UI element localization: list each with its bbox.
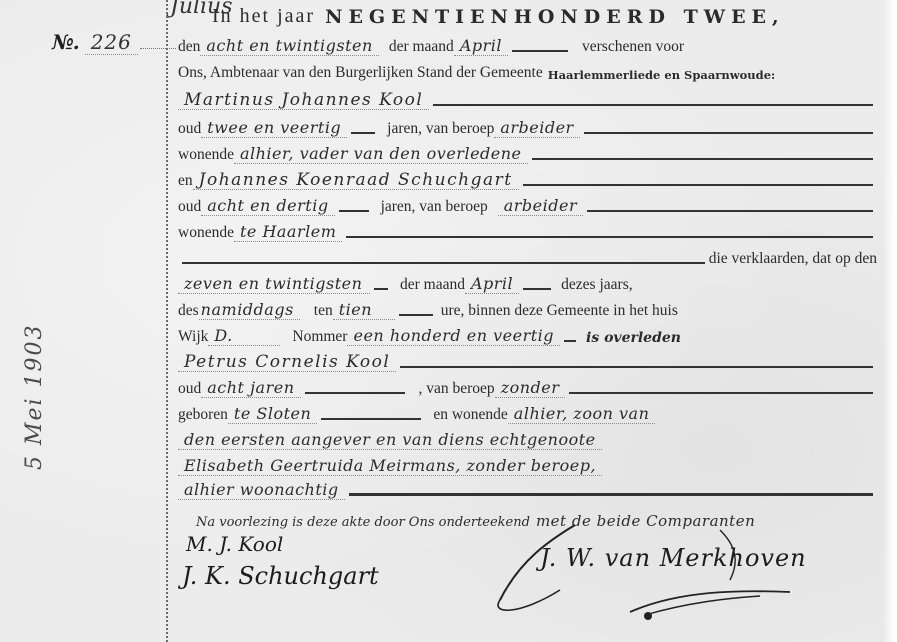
- death-record-page: Julius №.226 5 Mei 1903 In het jaar NEGE…: [0, 0, 897, 642]
- line-declaration: die verklaarden, dat op den: [178, 242, 877, 268]
- printed-text: den: [178, 38, 200, 56]
- printed-text: verschenen voor: [582, 38, 684, 56]
- handwritten-birthplace: te Sloten: [228, 405, 317, 424]
- handwritten-age: twee en veertig: [201, 119, 347, 138]
- line-parents-3: alhier woonachtig: [178, 474, 877, 500]
- handwritten-declarant-2: Johannes Koenraad Schuchgart: [193, 171, 519, 190]
- printed-text: en: [178, 172, 193, 190]
- registrar-flourish: [480, 520, 810, 620]
- line-death-date: zeven en twintigsten der maand April dez…: [178, 268, 877, 294]
- record-number: №.226: [52, 30, 176, 54]
- line-death-time: des namiddags ten tien ure, binnen deze …: [178, 294, 877, 320]
- line-deceased-name: Petrus Cornelis Kool: [178, 346, 877, 372]
- line-declarant-2-name: en Johannes Koenraad Schuchgart: [178, 164, 877, 190]
- margin-annotation: 5 Mei 1903: [22, 323, 47, 470]
- fill-line: [349, 493, 873, 496]
- fill-line: [433, 104, 873, 106]
- handwritten-deceased-residence: alhier, zoon van: [508, 405, 656, 424]
- handwritten-deceased-name: Petrus Cornelis Kool: [178, 353, 396, 372]
- printed-text: en wonende: [433, 406, 507, 424]
- fill-line: [523, 288, 551, 290]
- handwritten-day: acht en twintigsten: [200, 37, 378, 56]
- printed-text: oud: [178, 198, 201, 216]
- handwritten-deceased-occupation: zonder: [495, 379, 566, 398]
- municipality-name: Haarlemmerliede en Spaarnwoude:: [548, 68, 776, 82]
- handwritten-wijk: D.: [208, 327, 280, 346]
- handwritten-daypart: namiddags: [199, 301, 300, 320]
- record-number-dots: [140, 48, 176, 49]
- fill-line: [564, 340, 576, 342]
- printed-text: ure, binnen deze Gemeente in het huis: [441, 302, 678, 320]
- page-edge: [883, 0, 897, 642]
- printed-text-is-overleden: is overleden: [586, 330, 681, 346]
- handwritten-text: den eersten aangever en van diens echtge…: [178, 431, 602, 450]
- printed-text: geboren: [178, 406, 228, 424]
- fill-line: [182, 262, 705, 264]
- fill-line: [512, 50, 568, 52]
- handwritten-residence: te Haarlem: [234, 223, 342, 242]
- line-death-address: Wijk D. Nommer een honderd en veertig is…: [178, 320, 877, 346]
- record-number-label: №.: [52, 30, 79, 54]
- fill-line: [569, 392, 873, 394]
- fill-line: [339, 210, 369, 212]
- handwritten-residence: alhier, vader van den overledene: [234, 145, 528, 164]
- handwritten-hour: tien: [333, 301, 395, 320]
- printed-text: In het jaar: [212, 5, 315, 28]
- printed-text: oud: [178, 120, 201, 138]
- fill-line: [400, 366, 873, 368]
- handwritten-occupation: arbeider: [498, 197, 583, 216]
- fill-line: [532, 158, 873, 160]
- handwritten-occupation: arbeider: [494, 119, 579, 138]
- printed-text: , van beroep: [419, 380, 495, 398]
- printed-text: der maand: [389, 38, 454, 56]
- handwritten-text: alhier woonachtig: [178, 481, 345, 500]
- margin-divider: [166, 0, 168, 642]
- handwritten-age: acht en dertig: [201, 197, 334, 216]
- signature-declarant-2: J. K. Schuchgart: [182, 562, 379, 590]
- printed-text: des: [178, 302, 199, 320]
- handwritten-deceased-age: acht jaren: [201, 379, 300, 398]
- fill-line: [351, 132, 375, 134]
- signature-declarant-1: M. J. Kool: [186, 532, 283, 556]
- printed-text: jaren, van beroep: [387, 120, 494, 138]
- printed-text: jaren, van beroep: [381, 198, 488, 216]
- printed-text: die verklaarden, dat op den: [709, 250, 877, 268]
- fill-line: [399, 314, 433, 316]
- printed-text: wonende: [178, 146, 234, 164]
- handwritten-month: April: [454, 37, 508, 56]
- line-municipality: Ons, Ambtenaar van den Burgerlijken Stan…: [178, 56, 877, 82]
- line-year: In het jaar NEGENTIENHONDERD TWEE,: [212, 2, 877, 28]
- handwritten-house-number: een honderd en veertig: [347, 327, 560, 346]
- line-declarant-1-name: Martinus Johannes Kool: [178, 84, 877, 110]
- fill-line: [523, 184, 873, 186]
- printed-text: Nommer: [292, 328, 347, 346]
- fill-line: [305, 392, 405, 394]
- printed-text: oud: [178, 380, 201, 398]
- fill-line: [584, 132, 873, 134]
- line-date: den acht en twintigsten der maand April …: [178, 30, 877, 56]
- line-deceased-age: oud acht jaren , van beroep zonder: [178, 372, 877, 398]
- fill-line: [587, 210, 873, 212]
- line-declarant-2-age: oud acht en dertig jaren, van beroep arb…: [178, 190, 877, 216]
- printed-text: der maand: [400, 276, 465, 294]
- fill-line: [374, 288, 388, 290]
- line-parents-2: Elisabeth Geertruida Meirmans, zonder be…: [178, 450, 877, 476]
- printed-text: Wijk: [178, 328, 208, 346]
- line-parents-1: den eersten aangever en van diens echtge…: [178, 424, 877, 450]
- fill-line: [321, 418, 421, 420]
- line-deceased-birthplace: geboren te Sloten en wonende alhier, zoo…: [178, 398, 877, 424]
- line-declarant-1-age: oud twee en veertig jaren, van beroep ar…: [178, 112, 877, 138]
- printed-text: ten: [314, 302, 333, 320]
- record-number-value: 226: [85, 30, 138, 55]
- fill-line: [346, 236, 873, 238]
- handwritten-declarant-1: Martinus Johannes Kool: [178, 91, 429, 110]
- line-declarant-1-residence: wonende alhier, vader van den overledene: [178, 138, 877, 164]
- handwritten-death-month: April: [465, 275, 519, 294]
- printed-year: NEGENTIENHONDERD TWEE,: [325, 6, 785, 28]
- handwritten-death-day: zeven en twintigsten: [178, 275, 370, 294]
- line-declarant-2-residence: wonende te Haarlem: [178, 216, 877, 242]
- printed-text: Ons, Ambtenaar van den Burgerlijken Stan…: [178, 64, 543, 82]
- printed-text: dezes jaars,: [561, 276, 632, 294]
- printed-text: wonende: [178, 224, 234, 242]
